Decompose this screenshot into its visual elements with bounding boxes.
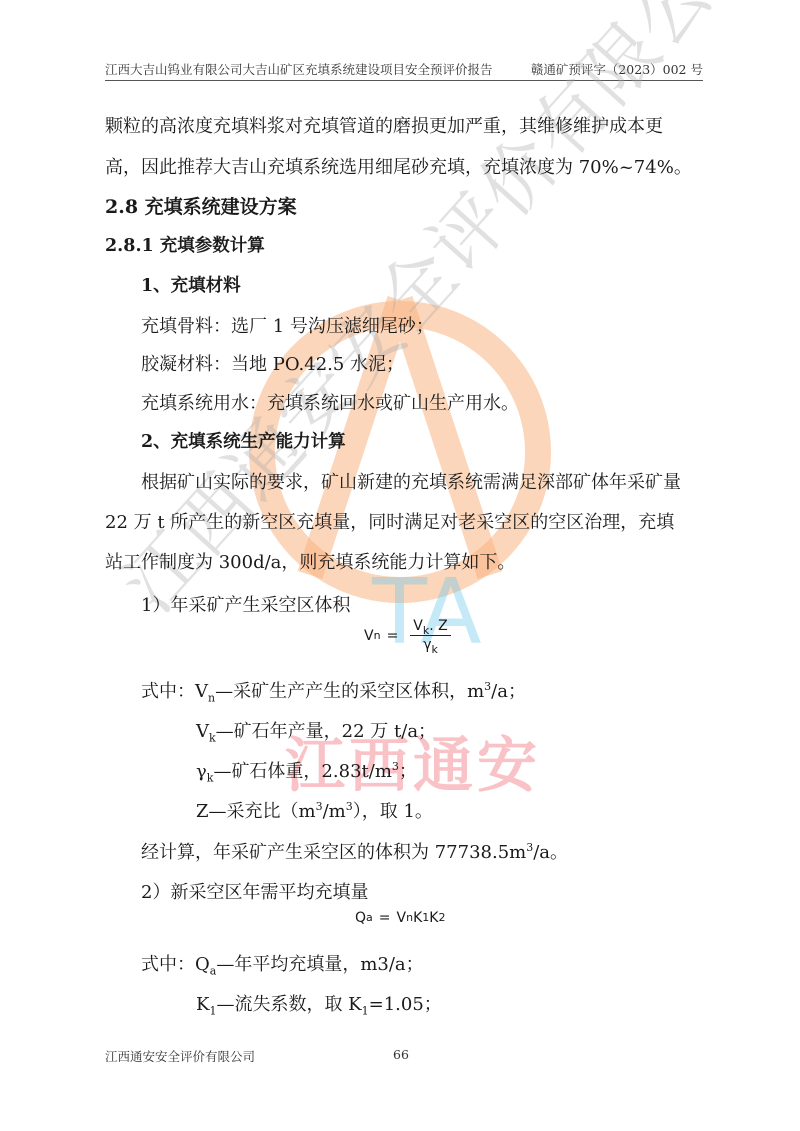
formula-void-volume: Vn = Vk. Z γk [364, 618, 451, 653]
item-heading-capacity: 2、充填系统生产能力计算 [141, 428, 346, 453]
definition-gamma-k: γk—矿石体重，2.83t/m3； [196, 757, 417, 783]
paragraph-line: 根据矿山实际的要求，矿山新建的充填系统需满足深部矿体年采矿量 [141, 468, 681, 494]
fraction: Vk. Z γk [410, 618, 450, 653]
binder-line: 胶凝材料：当地 PO.42.5 水泥； [141, 350, 404, 376]
paragraph-line: 22 万 t 所产生的新空区充填量，同时满足对老采空区的空区治理，充填 [105, 508, 674, 534]
definition-z: Z—采充比（m3/m3），取 1。 [196, 797, 433, 823]
definition-vn: 式中：Vn—采矿生产产生的采空区体积，m3/a； [141, 677, 526, 703]
document-page: 江西大吉山钨业有限公司大吉山矿区充填系统建设项目安全预评价报告 赣通矿预评字（2… [0, 0, 800, 1131]
definition-k1: K1—流失系数，取 K1=1.05； [196, 990, 442, 1016]
paragraph-line: 站工作制度为 300d/a，则充填系统能力计算如下。 [105, 548, 515, 574]
formula-fill-volume: Qa = Vn K1 K2 [355, 910, 445, 926]
paragraph-line: 颗粒的高浓度充填料浆对充填管道的磨损更加严重，其维修维护成本更 [105, 112, 663, 138]
result-void-volume: 经计算，年采矿产生采空区的体积为 77738.5m3/a。 [141, 838, 568, 864]
item-heading-materials: 1、充填材料 [141, 272, 241, 297]
document-body: 颗粒的高浓度充填料浆对充填管道的磨损更加严重，其维修维护成本更 高，因此推荐大吉… [0, 0, 800, 1131]
definition-qa: 式中：Qa—年平均充填量，m3/a； [141, 950, 424, 976]
water-line: 充填系统用水：充填系统回水或矿山生产用水。 [141, 389, 519, 415]
section-heading-2-8: 2.8 充填系统建设方案 [105, 192, 297, 219]
section-heading-2-8-1: 2.8.1 充填参数计算 [105, 232, 265, 257]
subheading-fill-volume: 2）新采空区年需平均充填量 [141, 878, 368, 904]
aggregate-line: 充填骨料：选厂 1 号沟压滤细尾砂； [141, 312, 434, 338]
definition-vk: Vk—矿石年产量，22 万 t/a； [196, 717, 436, 743]
subheading-void-volume: 1）年采矿产生采空区体积 [141, 591, 350, 617]
paragraph-line: 高，因此推荐大吉山充填系统选用细尾砂充填，充填浓度为 70%~74%。 [105, 153, 692, 179]
